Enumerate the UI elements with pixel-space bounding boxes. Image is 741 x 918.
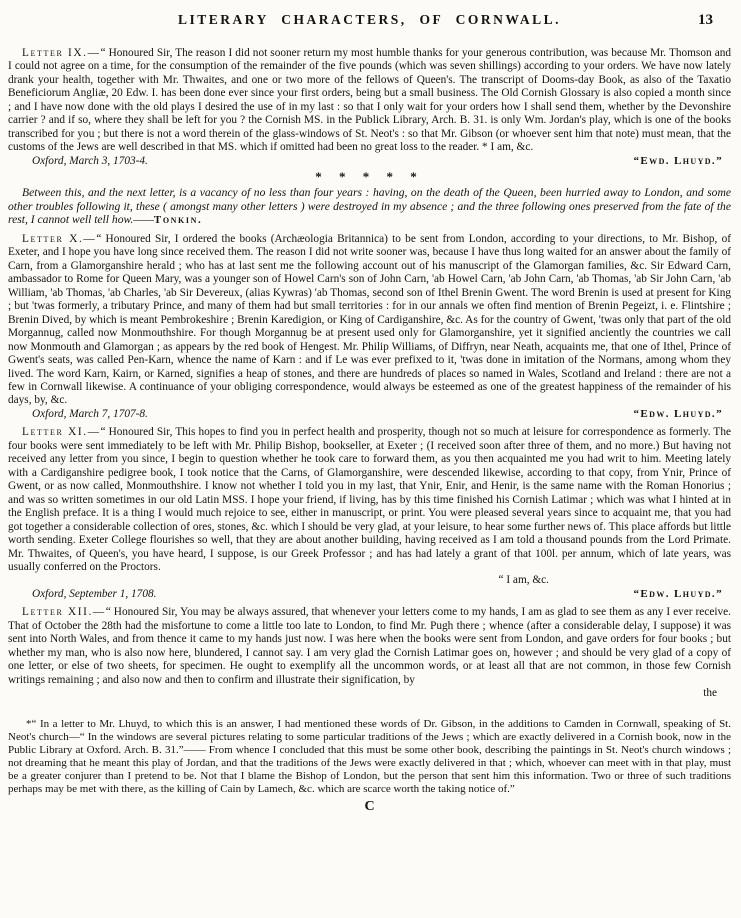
asterisk-separator: * * * * * [8, 170, 731, 184]
letter-x-heading: Letter X.— [22, 233, 96, 245]
book-page: LITERARY CHARACTERS, OF CORNWALL. 13 Let… [0, 0, 741, 918]
letter-xi-signature: “Edw. Lhuyd.” [634, 588, 723, 602]
letter-xi-sigline: Oxford, September 1, 1708. “Edw. Lhuyd.” [8, 588, 731, 602]
letter-ix-date: Oxford, March 3, 1703-4. [32, 155, 148, 169]
letter-xii-body: “ Honoured Sir, You may be always assure… [8, 606, 731, 685]
letter-ix: Letter IX.—“ Honoured Sir, The reason I … [8, 47, 731, 168]
catchword: the [8, 687, 731, 700]
letter-x-paragraph: Letter X.—“ Honoured Sir, I ordered the … [8, 233, 731, 408]
editor-note-text: Between this, and the next letter, is a … [8, 186, 731, 226]
page-number: 13 [698, 12, 713, 29]
editor-note-attribution: Tonkin. [154, 214, 202, 226]
letter-xii-paragraph: Letter XII.—“ Honoured Sir, You may be a… [8, 606, 731, 687]
letter-x: Letter X.—“ Honoured Sir, I ordered the … [8, 233, 731, 421]
letter-x-signature: “Edw. Lhuyd.” [634, 408, 723, 422]
footnote-text: *“ In a letter to Mr. Lhuyd, to which th… [8, 718, 731, 797]
page-header: LITERARY CHARACTERS, OF CORNWALL. 13 [8, 12, 731, 42]
letter-xi: Letter XI.—“ Honoured Sir, This hopes to… [8, 426, 731, 601]
letter-ix-heading: Letter IX.— [22, 47, 101, 59]
letter-x-body: “ Honoured Sir, I ordered the books (Arc… [8, 233, 731, 406]
letter-x-sigline: Oxford, March 7, 1707-8. “Edw. Lhuyd.” [8, 408, 731, 422]
editor-note: Between this, and the next letter, is a … [8, 186, 731, 228]
letter-ix-body: “ Honoured Sir, The reason I did not soo… [8, 47, 731, 153]
letter-ix-sigline: Oxford, March 3, 1703-4. “Ewd. Lhuyd.” [8, 155, 731, 169]
letter-ix-paragraph: Letter IX.—“ Honoured Sir, The reason I … [8, 47, 731, 155]
footnote: *“ In a letter to Mr. Lhuyd, to which th… [8, 718, 731, 797]
letter-xi-closing: “ I am, &c. [8, 574, 731, 587]
running-title: LITERARY CHARACTERS, OF CORNWALL. [8, 12, 731, 28]
letter-xi-heading: Letter XI.— [22, 426, 101, 438]
letter-ix-signature: “Ewd. Lhuyd.” [634, 155, 723, 169]
letter-x-date: Oxford, March 7, 1707-8. [32, 408, 148, 422]
printer-signature-mark: C [8, 799, 731, 815]
letter-xi-paragraph: Letter XI.—“ Honoured Sir, This hopes to… [8, 426, 731, 574]
letter-xii: Letter XII.—“ Honoured Sir, You may be a… [8, 606, 731, 700]
letter-xi-date: Oxford, September 1, 1708. [32, 588, 156, 602]
letter-xii-heading: Letter XII.— [22, 606, 106, 618]
letter-xi-body: “ Honoured Sir, This hopes to find you i… [8, 426, 731, 573]
